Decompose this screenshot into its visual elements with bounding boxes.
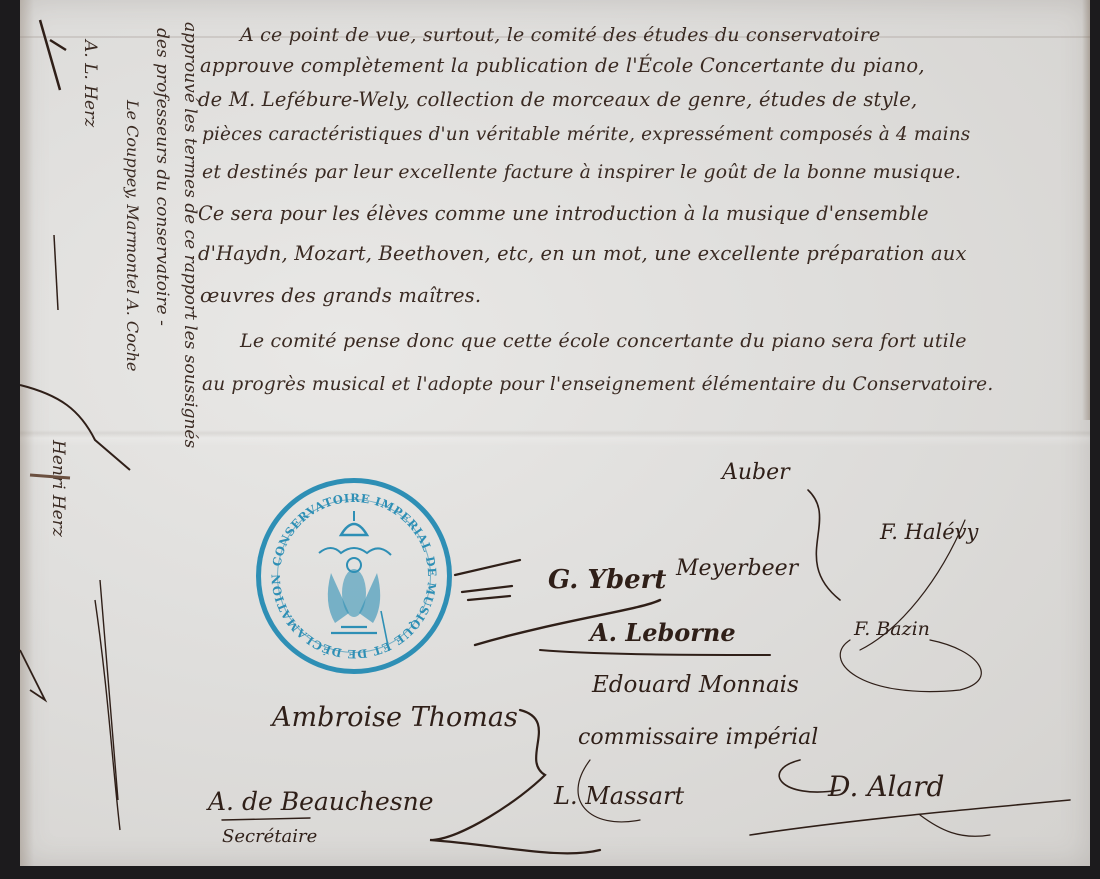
signature-ybert: G. Ybert <box>548 565 666 595</box>
margin-note-line: approuvé les termes de ce rapport les so… <box>180 22 200 448</box>
margin-note-line: Le Couppey, Marmontel A. Coche <box>123 100 142 372</box>
body-line: approuve complètement la publication de … <box>200 54 925 77</box>
signature-auber: Auber <box>722 460 790 485</box>
signature-title: commissaire impérial <box>578 725 818 750</box>
signature-secretaire: Secrétaire <box>222 826 317 847</box>
signature-alard: D. Alard <box>828 770 944 803</box>
body-line: de M. Lefébure-Wely, collection de morce… <box>198 88 917 111</box>
body-line: d'Haydn, Mozart, Beethoven, etc, en un m… <box>198 242 967 265</box>
margin-note-signature: A. L. Herz <box>80 40 100 127</box>
margin-note-line: des professeurs du conservatoire - <box>152 28 172 326</box>
body-line: Ce sera pour les élèves comme une introd… <box>198 202 929 225</box>
body-line: pièces caractéristiques d'un véritable m… <box>202 124 970 145</box>
signature-meyerbeer: Meyerbeer <box>676 556 798 581</box>
body-line: et destinés par leur excellente facture … <box>202 162 961 183</box>
signature-halevy: F. Halévy <box>880 520 978 544</box>
signature-bazin: F. Bazin <box>854 618 930 640</box>
signature-monnais: Edouard Monnais <box>592 672 799 698</box>
paper-edge <box>1082 0 1090 420</box>
conservatoire-stamp: CONSERVATOIRE IMPERIAL DE MUSIQUE ET DE … <box>256 478 452 674</box>
body-line: A ce point de vue, surtout, le comité de… <box>240 24 880 46</box>
margin-note-signature: Henri Herz <box>48 440 68 537</box>
signature-leborne: A. Leborne <box>590 618 736 647</box>
stamp-eagle-icon: CONSERVATOIRE IMPERIAL DE MUSIQUE ET DE … <box>261 483 447 669</box>
signature-massart: L. Massart <box>554 782 684 810</box>
body-line: Le comité pense donc que cette école con… <box>240 330 967 352</box>
body-line: œuvres des grands maîtres. <box>200 284 481 307</box>
body-line: au progrès musical et l'adopte pour l'en… <box>202 374 993 395</box>
signature-thomas: Ambroise Thomas <box>272 702 518 733</box>
signature-beauchesne: A. de Beauchesne <box>208 787 434 816</box>
